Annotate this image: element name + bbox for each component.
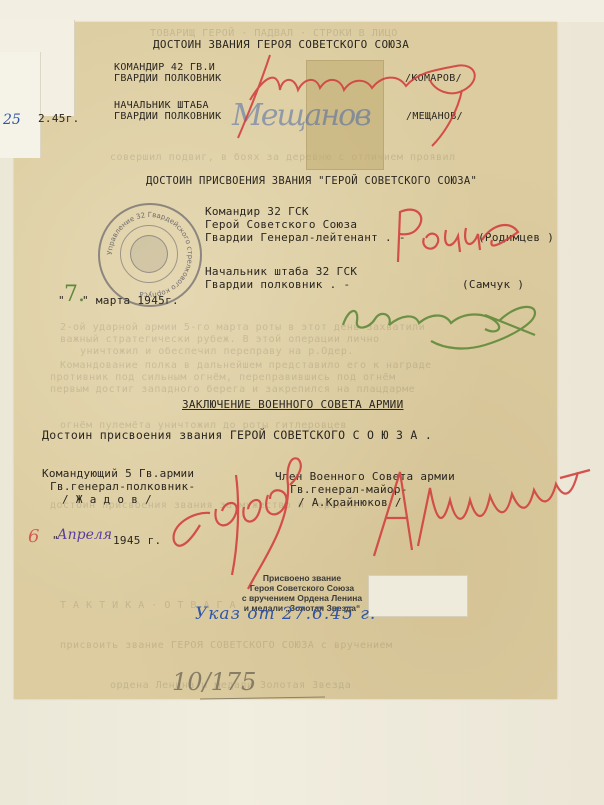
regiment-chief-title: НАЧАЛЬНИК ШТАБА (114, 100, 209, 111)
corps-commander-hero: Герой Советского Союза (205, 218, 357, 231)
army-statement: Достоин присвоения звания ГЕРОЙ СОВЕТСКО… (42, 428, 432, 442)
corps-chief-rank: Гвардии полковник . - (205, 278, 350, 291)
signature-krainyukov (360, 460, 600, 560)
corps-heading: ДОСТОИН ПРИСВОЕНИЯ ЗВАНИЯ "ГЕРОЙ СОВЕТСК… (146, 175, 477, 187)
archive-number: 10/175 (172, 668, 256, 696)
svg-text:Управление 32 Гвардейского стр: Управление 32 Гвардейского стрелкового к… (106, 211, 194, 299)
seal-text: Управление 32 Гвардейского стрелкового к… (106, 211, 194, 299)
signature-samchuk (335, 295, 555, 355)
corps-chief-name: (Самчук ) (462, 278, 524, 291)
army-council-heading: ЗАКЛЮЧЕНИЕ ВОЕННОГО СОВЕТА АРМИИ (182, 398, 404, 411)
regiment-commander-title: КОМАНДИР 42 ГВ.И (114, 62, 215, 73)
regiment-date-fragment: 2.45г. (38, 112, 80, 125)
paper-repair-patch (368, 575, 468, 617)
decree-note: Указ от 27.6.45 г. (195, 604, 376, 624)
mount-top-strip (0, 0, 604, 22)
corps-chief-title: Начальник штаба 32 ГСК (205, 265, 357, 278)
army-left-signatory-name: / Ж а д о в / (62, 493, 152, 506)
regiment-commander-rank: ГВАРДИИ ПОЛКОВНИК (114, 73, 221, 84)
army-date-month: Апреля (57, 527, 112, 543)
signature-rodimtsev (380, 200, 530, 270)
signature-komarov (220, 50, 500, 150)
seal-emblem-icon: Управление 32 Гвардейского стрелкового к… (98, 203, 202, 307)
archive-underline (200, 695, 340, 705)
regiment-chief-rank: ГВАРДИИ ПОЛКОВНИК (114, 111, 221, 122)
corps-commander-rank: Гвардии Генерал-лейтенант . - (205, 231, 406, 244)
corps-commander-title: Командир 32 ГСК (205, 205, 309, 218)
margin-six: 6 (28, 526, 39, 547)
margin-number: 25 (3, 112, 21, 128)
mount-flap-lower (0, 52, 41, 158)
